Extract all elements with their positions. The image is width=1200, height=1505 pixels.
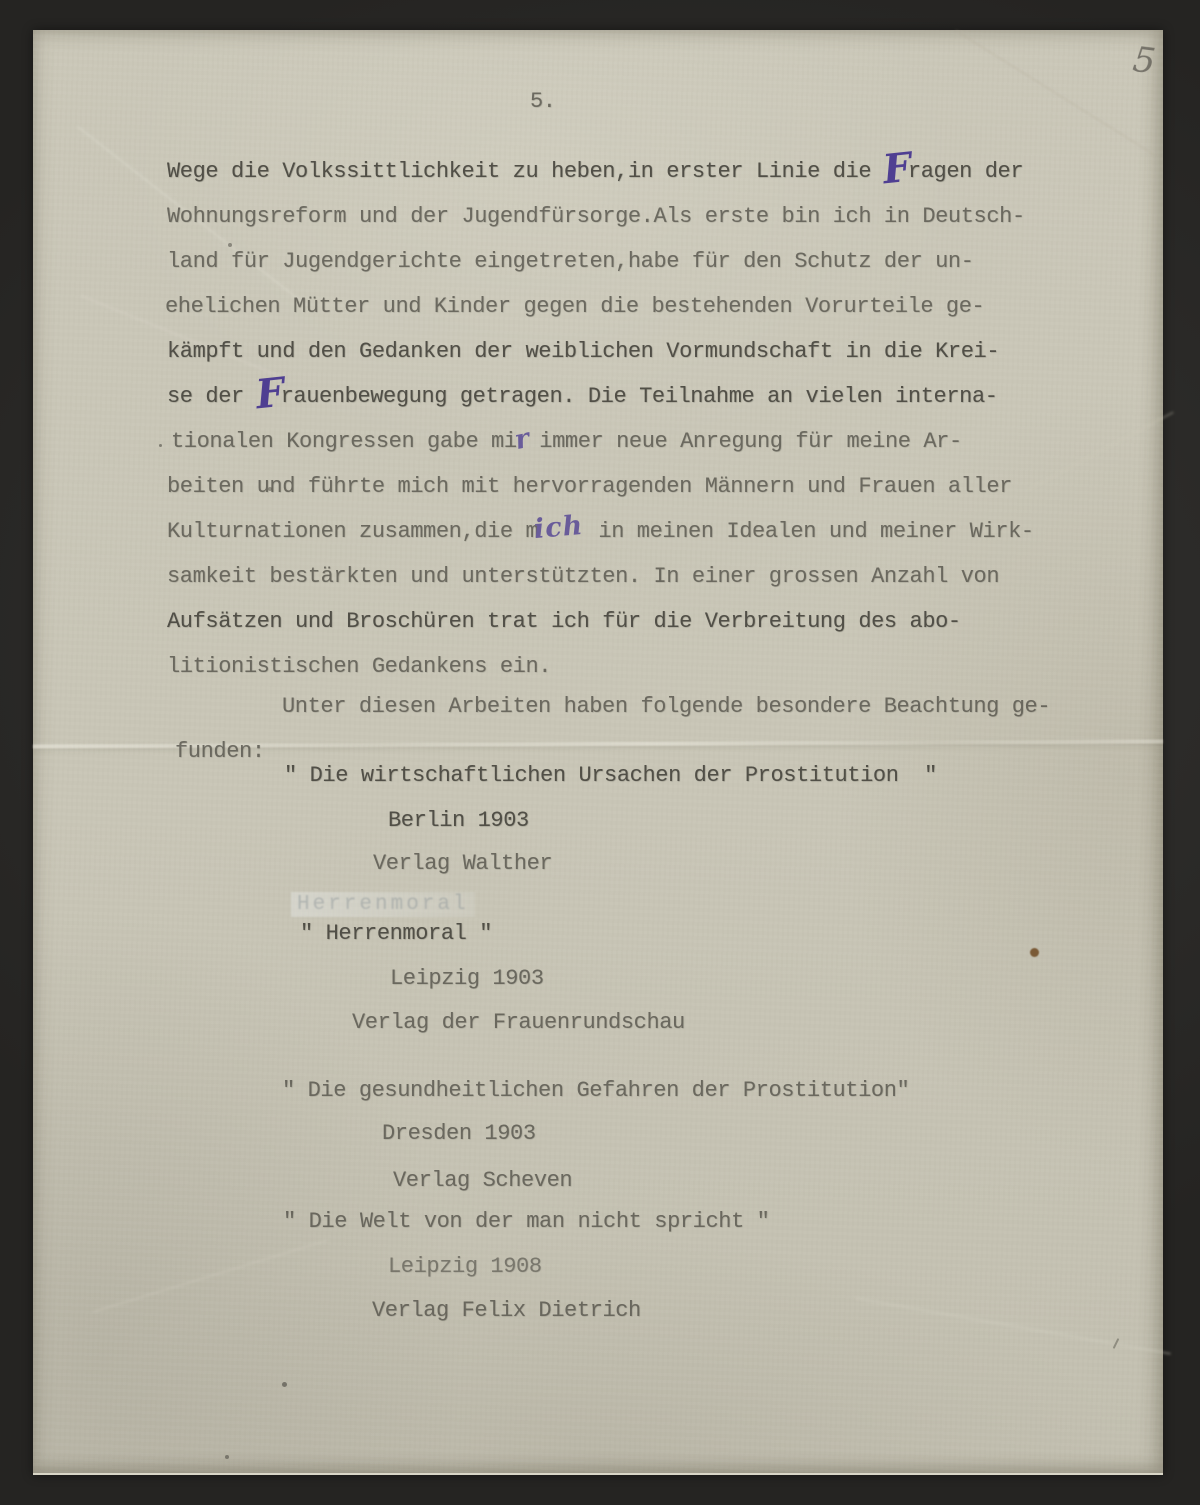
pencil-stroke (1113, 1338, 1120, 1349)
photo-backdrop: 5 5. Wege die Volkssittlichkeit zu heben… (0, 0, 1200, 1505)
ink-speck (159, 444, 162, 447)
typed-line: land für Jugendgerichte eingetreten,habe… (167, 249, 974, 275)
typed-line: tionalen Kongressen gabe mir immer neue … (171, 429, 962, 455)
bib-title: " Herrenmoral " (300, 921, 492, 947)
document-page: 5 5. Wege die Volkssittlichkeit zu heben… (33, 30, 1163, 1475)
bib-place-year: Leipzig 1903 (390, 966, 544, 992)
typed-line: Aufsätzen und Broschüren trat ich für di… (167, 609, 961, 635)
handwritten-correction: r (515, 439, 529, 442)
typed-line: se der Frauenbewegung getragen. Die Teil… (167, 384, 998, 410)
wrinkle-mark (855, 1297, 1170, 1355)
page-number: 5. (530, 89, 556, 115)
erased-text: Herrenmoral (291, 892, 475, 917)
typed-text: ragen der (908, 159, 1023, 184)
handwritten-correction: ich (534, 526, 583, 530)
typed-text: Kulturnationen zusammen,die m (167, 519, 538, 544)
bib-place-year: Berlin 1903 (388, 808, 529, 834)
ink-speck (225, 1455, 229, 1459)
typed-text: tionalen Kongressen gabe mi (171, 429, 517, 454)
bib-publisher: Verlag Walther (373, 851, 552, 877)
typed-text: Wege die Volkssittlichkeit zu heben,in e… (167, 159, 884, 184)
typed-line: beiten und führte mich mit hervorragende… (167, 474, 1012, 500)
typed-line: Kulturnationen zusammen,die mich in mein… (167, 519, 1034, 545)
wrinkle-mark (955, 30, 1155, 156)
typed-text: in meinen Idealen und meiner Wirk- (586, 519, 1034, 544)
bib-place-year: Dresden 1903 (382, 1121, 536, 1147)
typed-line: Wege die Volkssittlichkeit zu heben,in e… (167, 159, 1023, 185)
corner-page-annotation: 5 (1131, 40, 1158, 82)
bib-publisher: Verlag Scheven (393, 1168, 572, 1194)
typed-line: kämpft und den Gedanken der weiblichen V… (167, 339, 999, 365)
stain-spot (1030, 948, 1039, 957)
typed-line: funden: (175, 739, 265, 765)
handwritten-correction: F (256, 393, 284, 396)
typed-text: se der (167, 384, 257, 409)
typed-line: ehelichen Mütter und Kinder gegen die be… (165, 294, 984, 320)
bib-publisher: Verlag Felix Dietrich (372, 1298, 641, 1324)
bib-title: " Die wirtschaftlichen Ursachen der Pros… (284, 763, 937, 789)
handwritten-correction: F (883, 168, 911, 171)
bib-title: " Die gesundheitlichen Gefahren der Pros… (282, 1078, 909, 1104)
typed-line: Unter diesen Arbeiten haben folgende bes… (282, 694, 1050, 720)
typed-text: immer neue Anregung für meine Ar- (527, 429, 962, 454)
bib-title: " Die Welt von der man nicht spricht " (283, 1209, 769, 1235)
ink-speck (282, 1382, 287, 1387)
typed-line: samkeit bestärkten und unterstützten. In… (167, 564, 999, 590)
typed-line: Wohnungsreform und der Jugendfürsorge.Al… (167, 204, 1025, 230)
wrinkle-mark (1027, 411, 1174, 490)
bib-publisher: Verlag der Frauenrundschau (352, 1010, 685, 1036)
wrinkle-mark (93, 1239, 328, 1313)
typed-line: litionistischen Gedankens ein. (167, 654, 551, 680)
typed-text: rauenbewegung getragen. Die Teilnahme an… (281, 384, 998, 409)
ink-speck (228, 243, 232, 247)
bib-place-year: Leipzig 1908 (388, 1254, 542, 1280)
